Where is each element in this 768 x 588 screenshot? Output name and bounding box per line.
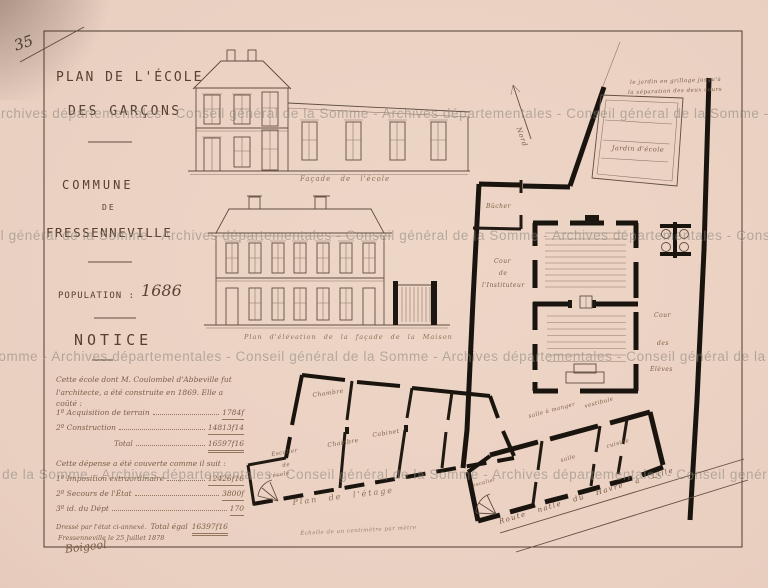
heading-rules [88, 142, 136, 360]
funding-item-amount: 3800f [222, 489, 244, 501]
site-plan-drawing [463, 42, 748, 552]
house-facade-elevation [204, 196, 450, 328]
cour-instituteur-line3: l'Instituteur [482, 282, 525, 289]
funding-item-label: 1º Imposition extraordinaire [56, 474, 164, 485]
notice-title: NOTICE [74, 331, 152, 349]
room-escalier-ecole-line2: de [282, 462, 291, 469]
commune-label: COMMUNE [62, 178, 134, 192]
cost-item-amount: 1784f [222, 408, 244, 420]
notice-funding-item: 1º Imposition extraordinaire 12426f16 [56, 474, 244, 486]
page-title-line2: DES GARÇONS [68, 104, 182, 119]
cour-eleves-line3: Élèves [650, 366, 673, 373]
cour-instituteur-line1: Cour [494, 258, 511, 265]
notice-funding-intro: Cette dépense a été couverte comme il su… [56, 459, 244, 470]
cour-instituteur-line2: de [499, 270, 507, 277]
school-facade-caption: Façade de l'école [300, 175, 390, 183]
cour-eleves-line2: des [657, 340, 669, 347]
page-title-line1: PLAN DE L'ÉCOLE [56, 70, 203, 85]
funding-item-label: 2º Secours de l'État [56, 489, 132, 500]
school-facade-elevation [188, 50, 470, 175]
population-row: POPULATION : 1686 [58, 283, 182, 302]
cost-item-label: 2º Construction [56, 423, 116, 434]
bucher-label: Bûcher [486, 203, 511, 210]
commune-preposition: DE [102, 203, 116, 212]
notice-intro-line2: l'architecte, a été construite en 1869. … [56, 388, 244, 410]
notice-intro-line1: Cette école dont M. Coulombel d'Abbevill… [56, 375, 244, 386]
notice-cost-item: 1º Acquisition de terrain 1784f [56, 408, 244, 420]
funding-item-amount: 170 [230, 504, 244, 516]
population-label: POPULATION : [58, 291, 135, 301]
notice-cost-item: 2º Construction 14813f14 [56, 423, 244, 435]
total-amount: 16597f16 [208, 439, 244, 453]
house-elevation-caption: Plan d'élévation de la façade de la Mais… [244, 333, 453, 341]
cost-item-label: 1º Acquisition de terrain [56, 408, 150, 419]
cour-eleves-line1: Cour [654, 312, 671, 319]
archival-plan-sheet: 35 PLAN DE L'ÉCOLE DES GARÇONS COMMUNE D… [0, 0, 768, 588]
total-label: Total [114, 439, 133, 450]
population-value: 1686 [141, 281, 182, 300]
cost-item-amount: 14813f14 [208, 423, 244, 435]
closing-prefix: Dressé par l'état ci-annexé. [56, 523, 146, 532]
funding-item-amount: 12426f16 [208, 474, 244, 486]
funding-item-label: 3º id. du Dépt [56, 504, 109, 515]
notice-funding-item: 2º Secours de l'État 3800f [56, 489, 244, 501]
commune-name: FRESSENNEVILLE [46, 225, 172, 240]
notice-total-row: Total 16597f16 [114, 439, 244, 453]
notice-funding-item: 3º id. du Dépt 170 [56, 504, 244, 516]
